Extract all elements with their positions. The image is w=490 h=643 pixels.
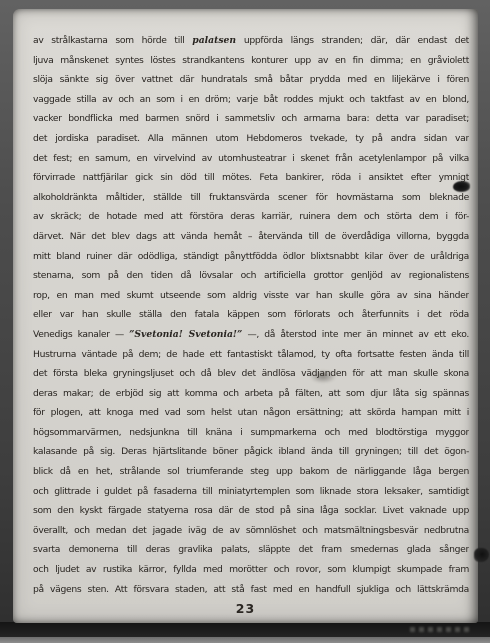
page-number: 23	[13, 601, 478, 616]
text-line: stenarna, som på den tiden då lövsalar o…	[33, 266, 469, 286]
text-line: kalasande på sig. Deras hjärtslitande bö…	[33, 442, 469, 462]
text-line: ljuva månskenet syntes löstes strandkant…	[33, 51, 469, 71]
text-line: mitt bland ruiner där odödliga, ständigt…	[33, 247, 469, 267]
text-line: som den kyskt färgade statyerna rosa där…	[33, 501, 469, 521]
text-line: blick då en het, strålande sol triumfera…	[33, 462, 469, 482]
ink-smudge	[474, 548, 489, 562]
text-block: av strålkastarna som hörde till palatsen…	[33, 31, 469, 599]
text-line: för plogen, att knoga med vad som helst …	[33, 403, 469, 423]
paper-page: av strålkastarna som hörde till palatsen…	[13, 9, 478, 623]
text-line: det jordiska paradiset. Alla männen utom…	[33, 129, 469, 149]
edge-mark	[410, 627, 472, 632]
text-line: alkoholdränkta måltider, ställde till fr…	[33, 188, 469, 208]
text-line: slöja sänkte sig över vattnet där hundra…	[33, 70, 469, 90]
text-line: därvet. När det blev dags att vända hemå…	[33, 227, 469, 247]
emphasized-word: palatsen	[192, 35, 236, 46]
text-line: Venedigs kanaler — ”Svetonia! Svetonia!”…	[33, 325, 469, 345]
scanned-book-page: av strålkastarna som hörde till palatsen…	[0, 0, 490, 643]
text-line: och ljudet av rustika kärror, fyllda med…	[33, 560, 469, 580]
text-line: Hustrurna väntade på dem; de hade ett fa…	[33, 345, 469, 365]
text-line: av strålkastarna som hörde till palatsen…	[33, 31, 469, 51]
text-line: deras makar; de erbjöd sig att komma och…	[33, 384, 469, 404]
text-line: förvirrade nattfjärilar gick sin död til…	[33, 168, 469, 188]
text-line: högsommarvärmen, nedsjunkna till knäna i…	[33, 423, 469, 443]
text-line: det fest; en samum, en virvelvind av uto…	[33, 149, 469, 169]
text-line: det första bleka gryningsljuset och då b…	[33, 364, 469, 384]
text-line: och glittrade i guldet på fasaderna till…	[33, 482, 469, 502]
text-line: av skräck; de hotade med att förstöra de…	[33, 207, 469, 227]
text-line: eller var han skulle ställa den fatala k…	[33, 305, 469, 325]
text-line: på vägens sten. Att försvara staden, att…	[33, 580, 469, 600]
text-line: vacker bondflicka med barmen snörd i sam…	[33, 109, 469, 129]
text-line: svarta demonerna till deras gravlika pal…	[33, 540, 469, 560]
text-line: rop, en man med skumt utseende som aldri…	[33, 286, 469, 306]
text-line: vaggade stilla av och an som i en dröm; …	[33, 90, 469, 110]
emphasized-word: ”Svetonia! Svetonia!”	[129, 329, 242, 340]
text-line: överallt, och medan det jagade iväg de a…	[33, 521, 469, 541]
scan-bottom-edge	[0, 637, 490, 643]
